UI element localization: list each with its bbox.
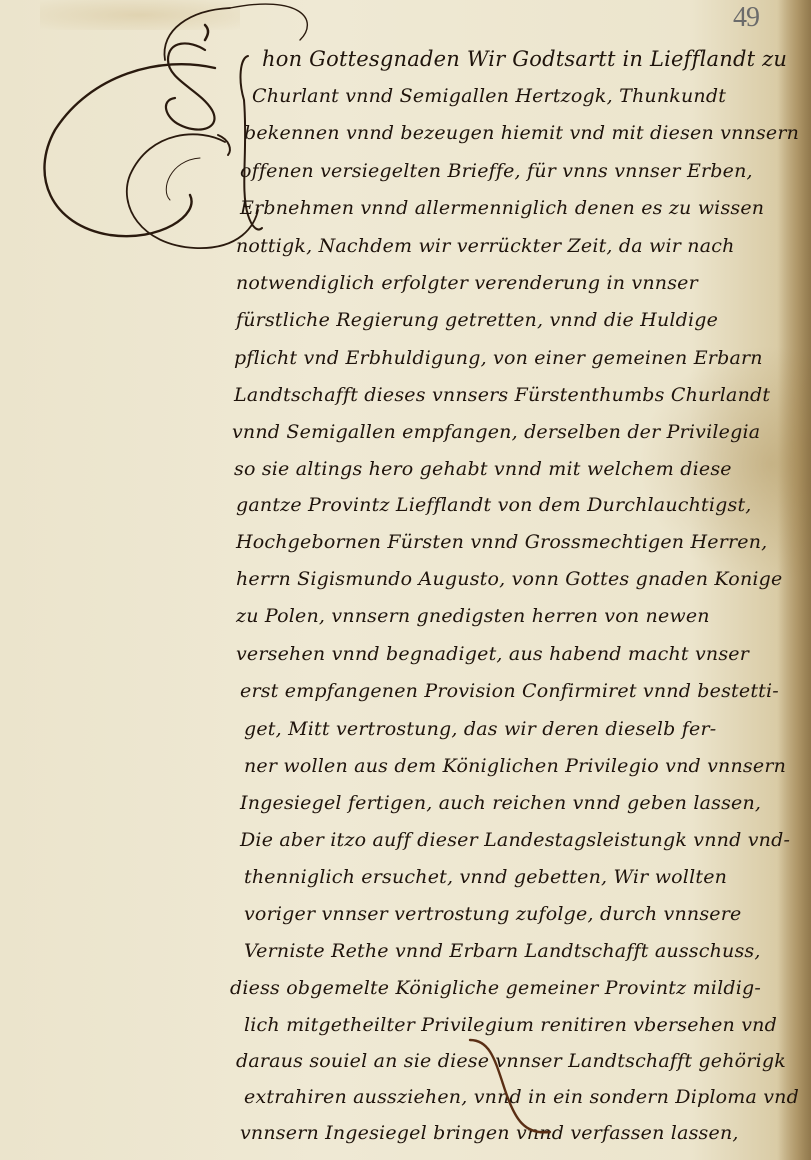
manuscript-page: 49 hon Gottesgnaden Wir Godtsartt in Lie… — [0, 0, 811, 1160]
manuscript-line: herrn Sigismundo Augusto, vonn Gottes gn… — [236, 568, 782, 590]
manuscript-line: so sie altings hero gehabt vnnd mit welc… — [234, 458, 732, 480]
manuscript-line: erst empfangenen Provision Confirmiret v… — [240, 680, 779, 702]
manuscript-line: Churlant vnnd Semigallen Hertzogk, Thunk… — [252, 85, 726, 107]
manuscript-line: nottigk, Nachdem wir verrückter Zeit, da… — [236, 235, 735, 257]
manuscript-line: get, Mitt vertrostung, das wir deren die… — [244, 718, 716, 740]
manuscript-line: voriger vnnser vertrostung zufolge, durc… — [244, 903, 741, 925]
manuscript-line: Ingesiegel fertigen, auch reichen vnnd g… — [240, 792, 761, 814]
manuscript-line: vnnd Semigallen empfangen, derselben der… — [232, 421, 760, 443]
manuscript-line: Verniste Rethe vnnd Erbarn Landtschafft … — [244, 940, 761, 962]
manuscript-line: fürstliche Regierung getretten, vnnd die… — [236, 309, 718, 331]
manuscript-line: pflicht vnd Erbhuldigung, von einer geme… — [234, 347, 763, 369]
manuscript-line: Hochgebornen Fürsten vnnd Grossmechtigen… — [236, 531, 767, 553]
manuscript-line: Landtschafft dieses vnnsers Fürstenthumb… — [234, 384, 770, 406]
manuscript-line: notwendiglich erfolgter verenderung in v… — [236, 272, 698, 294]
manuscript-line: gantze Provintz Liefflandt von dem Durch… — [236, 494, 752, 516]
manuscript-line: thenniglich ersuchet, vnnd gebetten, Wir… — [244, 866, 727, 888]
manuscript-line: bekennen vnnd bezeugen hiemit vnd mit di… — [244, 122, 799, 144]
manuscript-line: hon Gottesgnaden Wir Godtsartt in Lieffl… — [262, 47, 787, 71]
manuscript-line: offenen versiegelten Brieffe, für vnns v… — [240, 160, 753, 182]
manuscript-line: diess obgemelte Königliche gemeiner Prov… — [230, 977, 761, 999]
folio-number: 49 — [733, 2, 759, 34]
closing-flourish-icon — [450, 1020, 570, 1150]
manuscript-line: zu Polen, vnnsern gnedigsten herren von … — [236, 605, 710, 627]
manuscript-line: Erbnehmen vnnd allermenniglich denen es … — [240, 197, 764, 219]
manuscript-line: versehen vnnd begnadiget, aus habend mac… — [236, 643, 749, 665]
manuscript-line: Die aber itzo auff dieser Landestagsleis… — [240, 829, 790, 851]
manuscript-line: ner wollen aus dem Königlichen Privilegi… — [244, 755, 786, 777]
